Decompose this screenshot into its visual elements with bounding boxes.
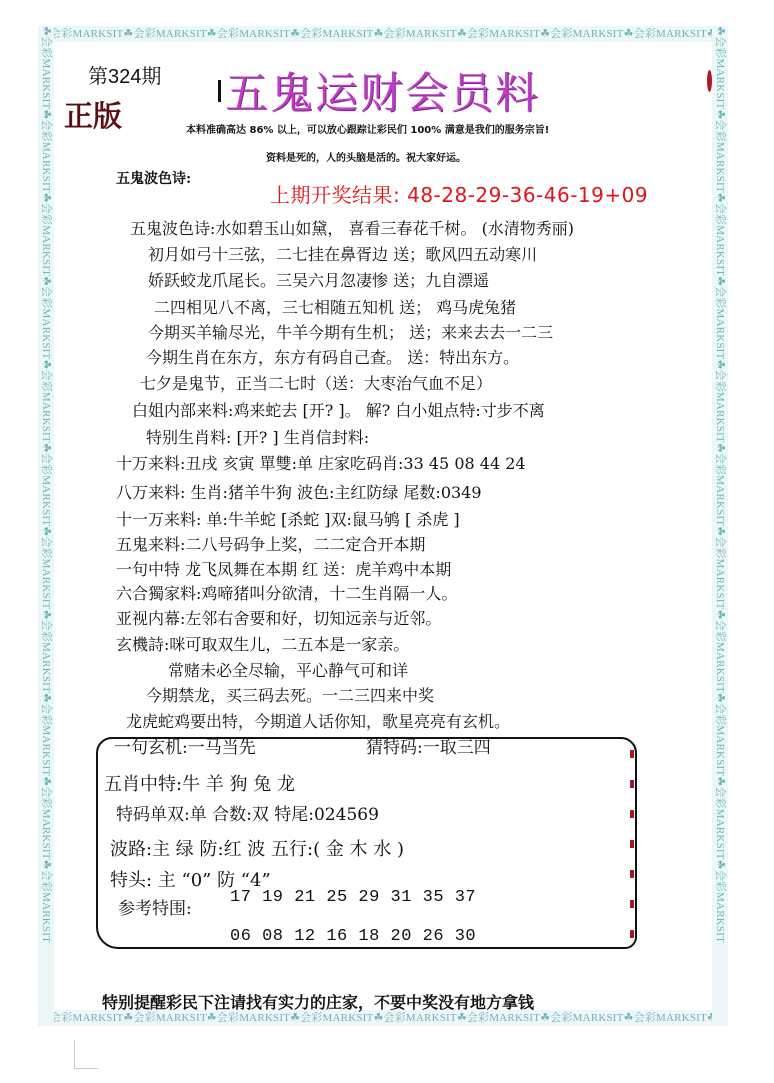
info-line: 八万来料: 生肖:猪羊牛狗 波色:主红防绿 尾数:0349: [116, 480, 482, 503]
info-line: 玄機詩:咪可取双生儿，二五本是一家亲。: [116, 632, 409, 655]
five-zodiac-line: 五肖中特:牛 羊 狗 兔 龙: [104, 770, 295, 796]
poem-heading: 五鬼波色诗:: [116, 168, 191, 188]
slogan-good-luck: 资料是死的，人的头脑是活的。祝大家好运。: [266, 149, 466, 164]
footer-reminder: 特别提醒彩民下注请找有实力的庄家，不要中奖没有地方拿钱: [102, 990, 534, 1013]
watermark-text: ☘会彩MARKSIT☘会彩MARKSIT☘会彩MARKSIT☘会彩MARKSIT…: [712, 26, 728, 1026]
poem-line: 娇跃蛟龙爪尾长。三吴六月忽凄惨 送；九自漂遥: [148, 268, 489, 291]
issue-number: 第324期: [88, 60, 161, 89]
last-draw-result: 上期开奖结果: 48-28-29-36-46-19+09: [270, 179, 648, 208]
wave-line: 波路:主 绿 防:红 波 五行:( 金 木 水 ): [110, 835, 404, 861]
page-title: 五鬼运财会员料: [225, 60, 540, 121]
info-line: 特别生肖料: [开? ] 生肖信封料:: [146, 425, 369, 448]
poem-line: 七夕是鬼节，正当二七时（送：大枣治气血不足）: [140, 371, 492, 394]
poem-line: 龙虎蛇鸡要出特，今期道人话你知，歌星亮亮有玄机。: [126, 709, 510, 732]
watermark-border-top: ☘会彩MARKSIT☘会彩MARKSIT☘会彩MARKSIT☘会彩MARKSIT…: [40, 26, 720, 42]
watermark-text: ☘会彩MARKSIT☘会彩MARKSIT☘会彩MARKSIT☘会彩MARKSIT…: [40, 28, 720, 40]
reference-numbers-row-2: 06 08 12 16 18 20 26 30: [230, 927, 476, 946]
info-line: 亚视内幕:左邻右舍要和好，切知远亲与近邻。: [116, 606, 441, 629]
info-line: 十一万来料: 单:牛羊蛇 [杀蛇 ]双:鼠马鸲 [ 杀虎 ]: [116, 507, 460, 530]
decorative-dash: [630, 750, 634, 940]
watermark-text: ☘会彩MARKSIT☘会彩MARKSIT☘会彩MARKSIT☘会彩MARKSIT…: [40, 1012, 720, 1024]
reference-numbers-row-1: 17 19 21 25 29 31 35 37: [230, 888, 476, 907]
info-line: 白姐内部来料:鸡来蛇去 [开? ]。 解? 白小姐点特:寸步不离: [132, 398, 545, 421]
poem-line: 二四相见八不离，三七相随五知机 送； 鸡马虎兔猪: [154, 295, 516, 318]
info-line: 六合獨家料:鸡啼猪叫分欲清，十二生肖隔一人。: [116, 581, 457, 604]
watermark-border-left: ☘会彩MARKSIT☘会彩MARKSIT☘会彩MARKSIT☘会彩MARKSIT…: [38, 26, 54, 1026]
guess-special-line: 猜特码:一取三四: [366, 733, 491, 758]
hint-line: 一句玄机:一马当先: [114, 733, 256, 758]
decorative-red-mark: [707, 70, 712, 92]
watermark-text: ☘会彩MARKSIT☘会彩MARKSIT☘会彩MARKSIT☘会彩MARKSIT…: [38, 26, 54, 1026]
odd-even-line: 特码单双:单 合数:双 特尾:024569: [116, 800, 379, 825]
poem-line: 五鬼波色诗:水如碧玉山如黛， 喜看三春花千树。 (水清物秀丽): [130, 216, 574, 239]
edition-label: 正版: [64, 94, 122, 135]
info-line: 一句中特 龙飞凤舞在本期 红 送：虎羊鸡中本期: [116, 557, 451, 580]
text-cursor-mark: [218, 80, 221, 102]
poem-line: 今期生肖在东方，东方有码自己查。 送：特出东方。: [146, 345, 519, 368]
crop-mark: [74, 1040, 75, 1068]
poem-line: 常赌未必全尽输，平心静气可和详: [168, 658, 408, 681]
slogan-accuracy: 本料准确高达 86% 以上，可以放心跟踪让彩民们 100% 满意是我们的服务宗旨…: [186, 121, 549, 136]
info-line: 五鬼来料:二八号码争上奖，二二定合开本期: [116, 532, 425, 555]
watermark-border-right: ☘会彩MARKSIT☘会彩MARKSIT☘会彩MARKSIT☘会彩MARKSIT…: [712, 26, 728, 1026]
poem-line: 今期禁龙，买三码去死。一二三四来中奖: [146, 683, 434, 706]
poem-line: 今期买羊输尽光，牛羊今期有生机； 送；来来去去一二三: [148, 320, 553, 343]
reference-label: 参考特围:: [118, 894, 192, 919]
poem-line: 初月如弓十三弦，二七挂在鼻胥边 送；歌风四五动寒川: [148, 242, 537, 265]
info-line: 十万来料:丑戌 亥寅 單雙:单 庄家吃码肖:33 45 08 44 24: [116, 451, 526, 474]
crop-mark: [74, 1068, 98, 1069]
